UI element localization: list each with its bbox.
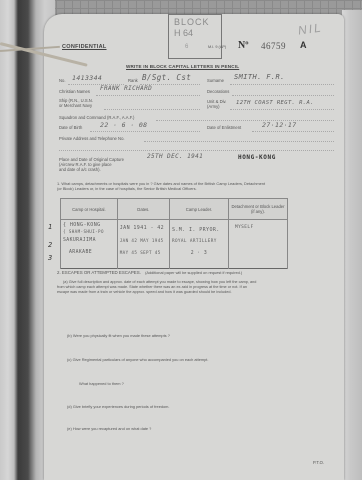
row-number-1: 1 (48, 223, 53, 231)
unit-value[interactable]: 12TH COAST REGT. R.A. (236, 100, 314, 106)
enlistment-label: Date of Enlistment (207, 125, 241, 130)
stamp-line-2: H 64 (174, 28, 193, 38)
no-label: No. (59, 78, 66, 83)
rank-value[interactable]: B/Sgt. Cst (142, 73, 191, 82)
question-c: (c) Give Regimental particulars of anyon… (67, 357, 208, 362)
pto-label: P.T.O. (313, 460, 324, 465)
ref-prefix: M.I. 9 (AP) (208, 45, 226, 49)
capture-label-3: and date of a/c crash). (59, 167, 101, 172)
question-a-line2: from which camp each attempt was made. S… (57, 285, 247, 289)
col-dates: Dates. (117, 199, 169, 220)
question-d: (d) Give briefly your experiences during… (67, 404, 170, 409)
section1-question-line2: (or Block) Leaders or, in the case of ho… (57, 186, 197, 191)
dob-label: Date of Birth (59, 125, 82, 130)
leader-entry-1: S.M. I. PRYOR. (172, 222, 226, 236)
form-series: A (300, 40, 307, 50)
camp-entry-3: ARAKABE (63, 247, 115, 259)
ship-label-2: or Merchant Navy (59, 103, 92, 108)
rank-label: Rank (128, 78, 138, 83)
date-entry-1: JAN 1941 - 42 (120, 222, 167, 235)
enlistment-value[interactable]: 27·12·17 (262, 121, 297, 129)
question-c-followup: What happened to them ? (79, 381, 124, 386)
christian-names-value[interactable]: FRANK RICHARD (100, 85, 152, 92)
capture-date-value[interactable]: 25TH DEC. 1941 (147, 153, 203, 160)
date-entry-3: MAY 45 SEPT 45 (120, 247, 167, 259)
section2-heading-text: 2. ESCAPES OR ATTEMPTED ESCAPES. (57, 270, 141, 275)
dates-cell[interactable]: JAN 1941 - 42 JAN 42 MAY 1945 MAY 45 SEP… (117, 220, 169, 269)
camps-cell[interactable]: { HONG-KONG { SHAM-SHUI-PO SAKURAJIMA AR… (61, 220, 118, 269)
back-sheet (342, 10, 362, 480)
question-e: (e) How were you recaptured and on what … (67, 426, 151, 431)
leader-entry-3: 2 · 3 (172, 248, 226, 260)
col-detachment-leader: Detachment or Block Leader (if any). (228, 199, 287, 220)
detachment-leader-cell[interactable]: MYSELF (228, 220, 287, 269)
block-stamp: BLOCK H 64 6 (168, 14, 222, 59)
surname-value[interactable]: SMITH. F.R. (234, 73, 285, 81)
address-label: Private Address and Telephone No. (59, 136, 125, 141)
decorations-label: Decorations (207, 89, 229, 94)
table-row: { HONG-KONG { SHAM-SHUI-PO SAKURAJIMA AR… (61, 220, 288, 269)
col-camp-leader: Camp Leader. (169, 199, 228, 220)
squadron-label: Squadron and Command (R.A.F., A.A.F.) (59, 115, 134, 120)
number-label: Nº (238, 40, 249, 51)
stamp-line-1: BLOCK (174, 17, 210, 27)
unit-label-2: (Army) (207, 104, 220, 109)
classification-label: CONFIDENTIAL (62, 44, 107, 50)
pencil-instruction: WRITE IN BLOCK CAPITAL LETTERS IN PENCIL (126, 64, 239, 69)
row-number-2: 2 (48, 241, 53, 249)
surname-label: Surname (207, 78, 224, 83)
no-value[interactable]: 1413344 (72, 74, 102, 82)
leader-entry-2: ROYAL ARTILLERY (172, 236, 226, 248)
stamp-line-3: 6 (185, 44, 188, 50)
camps-table-header: Camp or Hospital. Dates. Camp Leader. De… (61, 199, 288, 220)
section2-heading: 2. ESCAPES OR ATTEMPTED ESCAPES. (Additi… (57, 270, 242, 275)
col-camp-or-hospital: Camp or Hospital. (61, 199, 118, 220)
detachment-leader-entry: MYSELF (231, 222, 285, 234)
christian-names-label: Christian Names (59, 89, 90, 94)
capture-place-value[interactable]: HONG-KONG (238, 154, 276, 161)
camp-entry-1b: { SHAM-SHUI-PO (63, 228, 115, 235)
form-number: 46759 (261, 41, 286, 51)
dob-value[interactable]: 22 · 6 · 08 (100, 121, 147, 129)
leaders-cell[interactable]: S.M. I. PRYOR. ROYAL ARTILLERY 2 · 3 (169, 220, 228, 269)
camp-entry-2: SAKURAJIMA (63, 235, 115, 247)
question-b: (b) Were you physically fit when you mad… (67, 333, 170, 338)
camps-table: Camp or Hospital. Dates. Camp Leader. De… (60, 198, 288, 269)
section2-heading-note: (Additional paper will be supplied on re… (145, 270, 242, 275)
date-entry-2: JAN 42 MAY 1945 (120, 235, 167, 247)
row-number-3: 3 (48, 254, 53, 262)
question-a-line1: (a) Give full description and approx. da… (63, 280, 256, 284)
question-a-line3: escape was made from a train or vehicle … (57, 290, 232, 294)
